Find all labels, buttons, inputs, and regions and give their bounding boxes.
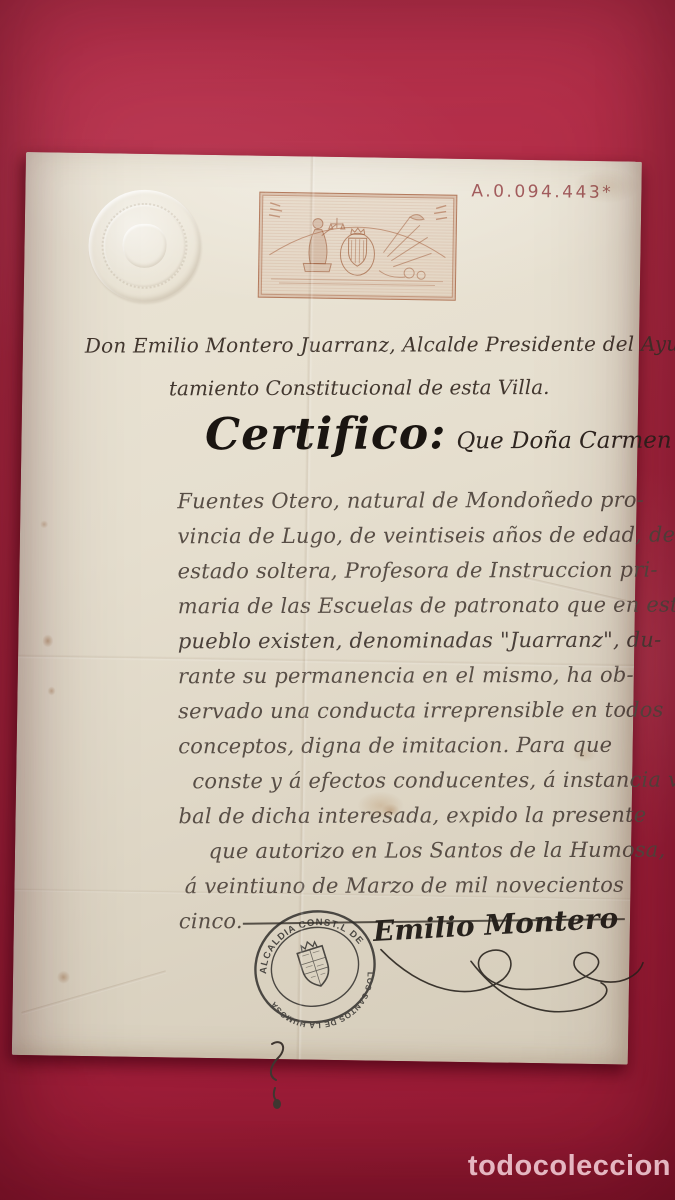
heading-line: Don Emilio Montero Juarranz, Alcalde Pre… — [85, 331, 675, 357]
manuscript-line: servado una conducta irreprensible en to… — [178, 698, 664, 724]
manuscript-line: á veintiuno de Marzo de mil novecientos — [185, 873, 624, 899]
stamp-shield-icon — [295, 938, 333, 990]
certify-word: Certifico: — [205, 408, 446, 460]
manuscript-line: bal de dicha interesada, expido la prese… — [178, 803, 646, 829]
manuscript-line: estado soltera, Profesora de Instruccion… — [178, 558, 658, 584]
manuscript-line: pueblo existen, denominadas "Juarranz", … — [178, 628, 662, 654]
certify-rest: Que Doña Carmen — [456, 428, 671, 455]
signature-flourish — [351, 931, 651, 1032]
manuscript-line: vincia de Lugo, de veintiseis años de ed… — [177, 523, 675, 549]
manuscript-line: que autorizo en Los Santos de la Humosa, — [209, 838, 666, 864]
document-sheet: A.0.094.443* — [12, 152, 642, 1065]
manuscript-line: conste y á efectos conducentes, á instan… — [192, 767, 675, 793]
heading-line: tamiento Constitucional de esta Villa. — [169, 375, 550, 400]
photo-backdrop: A.0.094.443* — [0, 0, 675, 1200]
watermark-text: todocoleccion — [468, 1150, 671, 1183]
manuscript-line: conceptos, digna de imitacion. Para que — [178, 733, 612, 759]
manuscript-line: Fuentes Otero, natural de Mondoñedo pro- — [177, 488, 644, 514]
stray-ink-mark-icon — [260, 1038, 296, 1112]
manuscript-line: rante su permanencia en el mismo, ha ob- — [178, 663, 634, 689]
certify-opening: Certifico:Que Doña Carmen — [205, 408, 672, 461]
manuscript-line: maria de las Escuelas de patronato que e… — [178, 593, 675, 619]
manuscript-layer: Don Emilio Montero Juarranz, Alcalde Pre… — [18, 156, 637, 1061]
